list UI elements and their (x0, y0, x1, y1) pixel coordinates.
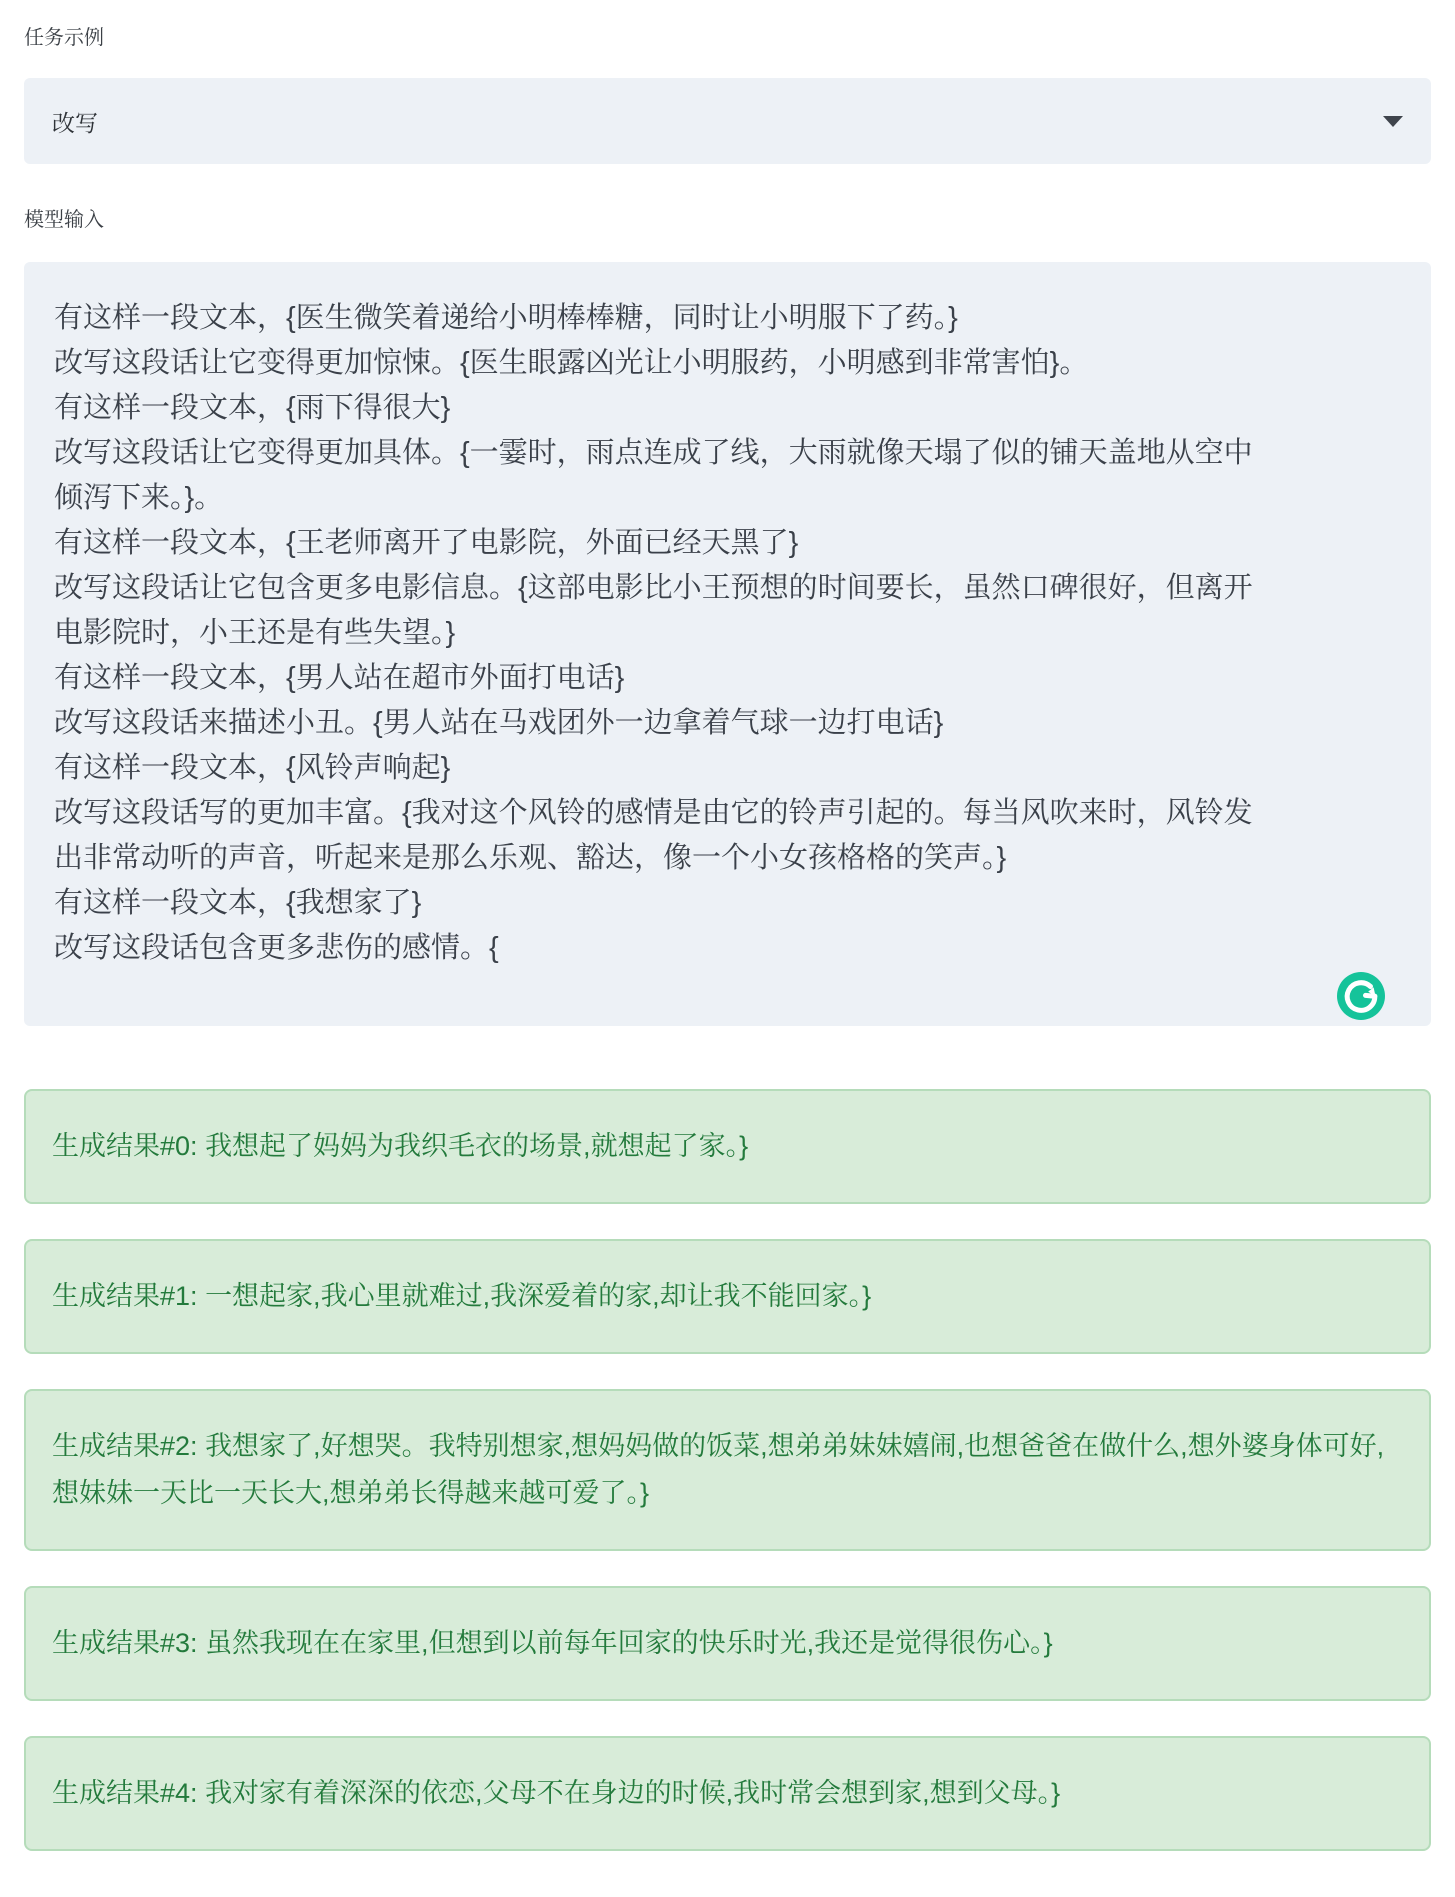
model-input-line: 改写这段话让它变得更加具体。{一霎时，雨点连成了线，大雨就像天塌了似的铺天盖地从… (54, 431, 1401, 476)
generation-result-box: 生成结果#3: 虽然我现在在家里,但想到以前每年回家的快乐时光,我还是觉得很伤心… (24, 1586, 1431, 1701)
result-label: 生成结果#3: (52, 1628, 198, 1658)
model-input-text: 有这样一段文本，{医生微笑着递给小明棒棒糖，同时让小明服下了药。}改写这段话让它… (54, 296, 1401, 971)
result-label: 生成结果#0: (52, 1131, 198, 1161)
generation-result-box: 生成结果#2: 我想家了,好想哭。我特别想家,想妈妈做的饭菜,想弟弟妹妹嬉闹,也… (24, 1389, 1431, 1551)
model-input-line: 改写这段话写的更加丰富。{我对这个风铃的感情是由它的铃声引起的。每当风吹来时，风… (54, 791, 1401, 836)
model-input-line: 有这样一段文本，{风铃声响起} (54, 746, 1401, 791)
model-input-line: 出非常动听的声音，听起来是那么乐观、豁达，像一个小女孩格格的笑声。} (54, 836, 1401, 881)
generation-result-box: 生成结果#0: 我想起了妈妈为我织毛衣的场景,就想起了家。} (24, 1089, 1431, 1204)
model-input-label: 模型输入 (24, 208, 1431, 232)
model-input-line: 有这样一段文本，{我想家了} (54, 881, 1401, 926)
result-text: 我想家了,好想哭。我特别想家,想妈妈做的饭菜,想弟弟妹妹嬉闹,也想爸爸在做什么,… (52, 1431, 1384, 1508)
model-input-line: 电影院时，小王还是有些失望。} (54, 611, 1401, 656)
generation-results-list: 生成结果#0: 我想起了妈妈为我织毛衣的场景,就想起了家。}生成结果#1: 一想… (24, 1089, 1431, 1851)
generation-result-box: 生成结果#1: 一想起家,我心里就难过,我深爱着的家,却让我不能回家。} (24, 1239, 1431, 1354)
task-example-select[interactable]: 改写 (24, 78, 1431, 164)
model-input-line: 改写这段话让它包含更多电影信息。{这部电影比小王预想的时间要长，虽然口碑很好，但… (54, 566, 1401, 611)
result-text: 我对家有着深深的依恋,父母不在身边的时候,我时常会想到家,想到父母。} (205, 1778, 1060, 1808)
model-input-line: 倾泻下来。}。 (54, 476, 1401, 521)
result-label: 生成结果#4: (52, 1778, 198, 1808)
model-input-line: 有这样一段文本，{医生微笑着递给小明棒棒糖，同时让小明服下了药。} (54, 296, 1401, 341)
model-input-line: 改写这段话让它变得更加惊悚。{医生眼露凶光让小明服药，小明感到非常害怕}。 (54, 341, 1401, 386)
model-input-line: 有这样一段文本，{男人站在超市外面打电话} (54, 656, 1401, 701)
result-label: 生成结果#2: (52, 1431, 198, 1461)
grammarly-icon[interactable] (1337, 972, 1385, 1020)
task-example-label: 任务示例 (24, 26, 1431, 50)
model-input-line: 有这样一段文本，{雨下得很大} (54, 386, 1401, 431)
task-examples-page: 任务示例 改写 模型输入 有这样一段文本，{医生微笑着递给小明棒棒糖，同时让小明… (0, 0, 1455, 1851)
model-input-textarea[interactable]: 有这样一段文本，{医生微笑着递给小明棒棒糖，同时让小明服下了药。}改写这段话让它… (24, 262, 1431, 1026)
dropdown-arrow-icon[interactable] (1383, 116, 1403, 127)
model-input-line: 有这样一段文本，{王老师离开了电影院，外面已经天黑了} (54, 521, 1401, 566)
model-input-line: 改写这段话来描述小丑。{男人站在马戏团外一边拿着气球一边打电话} (54, 701, 1401, 746)
result-text: 一想起家,我心里就难过,我深爱着的家,却让我不能回家。} (205, 1281, 871, 1311)
result-text: 我想起了妈妈为我织毛衣的场景,就想起了家。} (205, 1131, 748, 1161)
task-example-selected-value: 改写 (52, 105, 98, 138)
result-text: 虽然我现在在家里,但想到以前每年回家的快乐时光,我还是觉得很伤心。} (205, 1628, 1053, 1658)
result-label: 生成结果#1: (52, 1281, 198, 1311)
model-input-line: 改写这段话包含更多悲伤的感情。{ (54, 926, 1401, 971)
generation-result-box: 生成结果#4: 我对家有着深深的依恋,父母不在身边的时候,我时常会想到家,想到父… (24, 1736, 1431, 1851)
